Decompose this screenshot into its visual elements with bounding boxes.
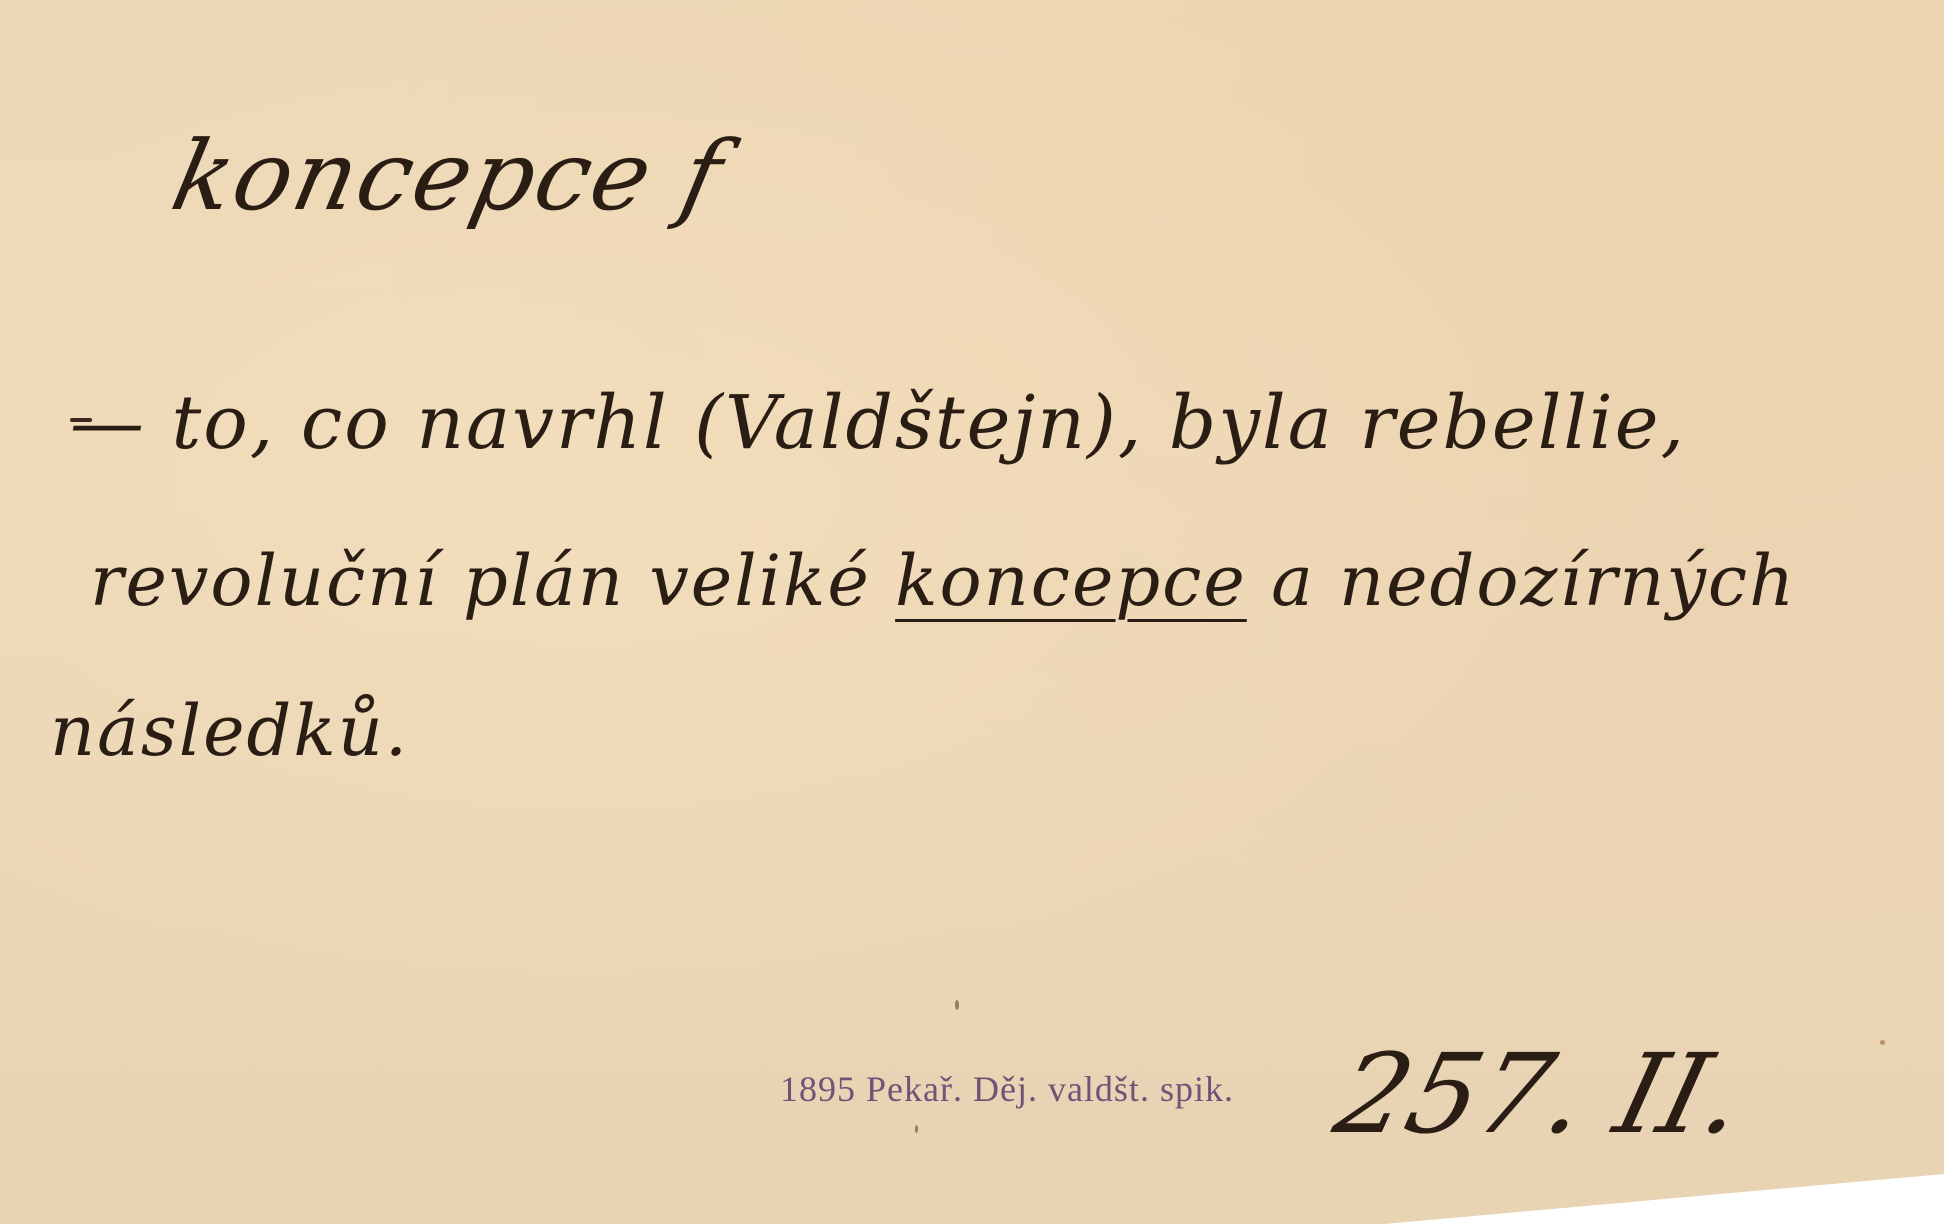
excerpt-line-2-end: a nedozírných	[1247, 540, 1796, 622]
ink-speck	[915, 1125, 918, 1133]
stain-speck	[1880, 1040, 1885, 1045]
headword: koncepce f	[163, 120, 733, 232]
excerpt-line-1: — to, co navrhl (Valdštejn), byla rebell…	[70, 380, 1686, 466]
page-reference: 257. II.	[1324, 1030, 1758, 1158]
ink-speck	[955, 1000, 959, 1010]
excerpt-card: koncepce f — to, co navrhl (Valdštejn), …	[0, 0, 1944, 1224]
source-stamp: 1895 Pekař. Děj. valdšt. spik.	[780, 1068, 1234, 1110]
underlined-headword-occurrence: koncepce	[895, 540, 1247, 622]
excerpt-line-3: následků.	[50, 690, 409, 772]
excerpt-line-2: revoluční plán veliké koncepce a nedozír…	[90, 540, 1796, 622]
excerpt-line-2-start: revoluční plán veliké	[90, 540, 895, 622]
